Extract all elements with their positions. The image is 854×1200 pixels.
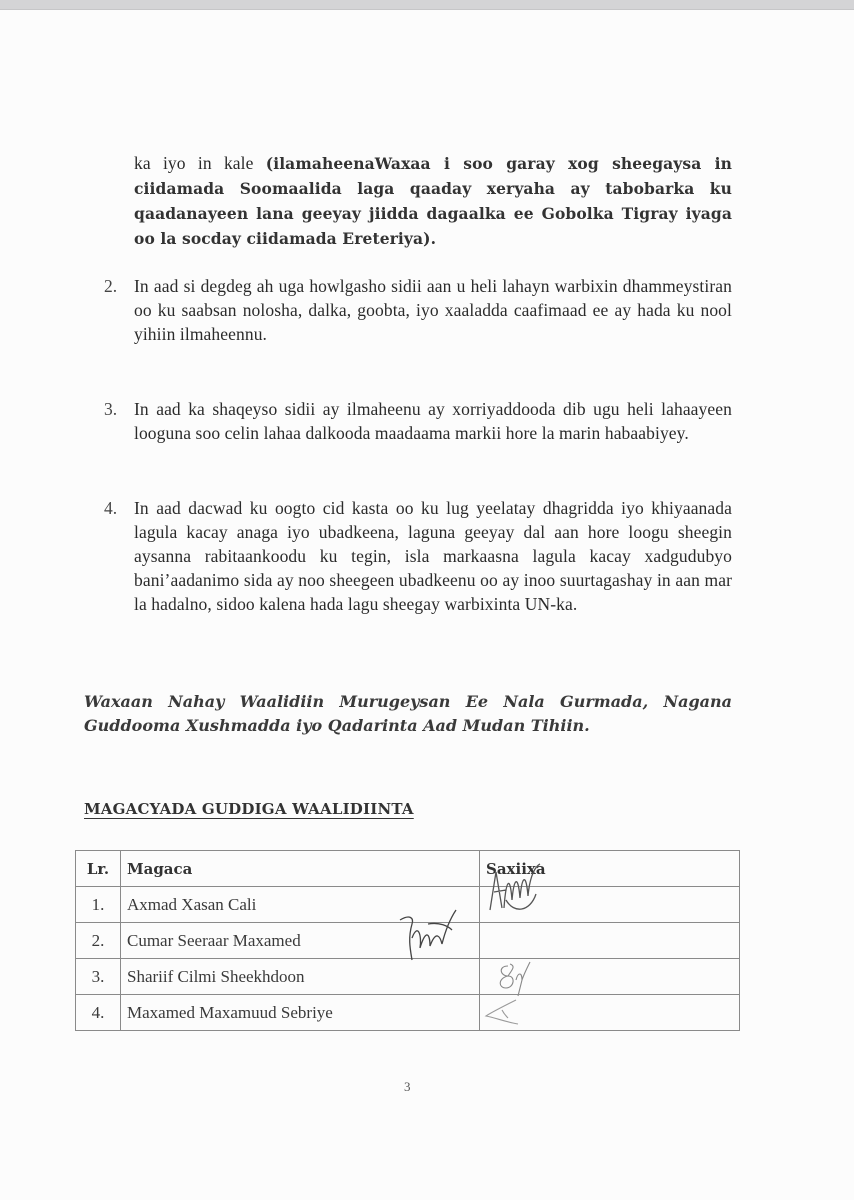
column-header-lr: Lr. [76, 851, 121, 887]
continuation-paragraph: ka iyo in kale (ilamaheenaWaxaa i soo ga… [134, 151, 732, 251]
committee-table: Lr. Magaca Saxiixa 1. Axmad Xasan Cali 2… [75, 850, 740, 1031]
list-item-3: In aad ka shaqeyso sidii ay ilmaheenu ay… [134, 397, 732, 445]
member-name: Axmad Xasan Cali [121, 887, 480, 923]
viewer-top-strip [0, 0, 854, 10]
continuation-plain: ka iyo in kale [134, 153, 266, 173]
table-row: 1. Axmad Xasan Cali [76, 887, 740, 923]
signature-cell [480, 923, 740, 959]
document-page: ka iyo in kale (ilamaheenaWaxaa i soo ga… [0, 10, 854, 1200]
row-number: 4. [76, 995, 121, 1031]
column-header-signature: Saxiixa [480, 851, 740, 887]
list-item-4: In aad dacwad ku oogto cid kasta oo ku l… [134, 496, 732, 616]
item-number-3: 3. [104, 397, 117, 421]
committee-heading: MAGACYADA GUDDIGA WAALIDIINTA [84, 800, 414, 818]
item-number-4: 4. [104, 496, 117, 520]
closing-statement: Waxaan Nahay Waalidiin Murugeysan Ee Nal… [84, 690, 732, 738]
table-row: 3. Shariif Cilmi Sheekhdoon [76, 959, 740, 995]
signature-cell [480, 887, 740, 923]
signature-cell [480, 995, 740, 1031]
member-name: Cumar Seeraar Maxamed [121, 923, 480, 959]
table-row: 2. Cumar Seeraar Maxamed [76, 923, 740, 959]
row-number: 2. [76, 923, 121, 959]
page-number: 3 [404, 1079, 411, 1095]
item-number-2: 2. [104, 274, 117, 298]
row-number: 3. [76, 959, 121, 995]
signature-cell [480, 959, 740, 995]
member-name: Shariif Cilmi Sheekhdoon [121, 959, 480, 995]
member-name: Maxamed Maxamuud Sebriye [121, 995, 480, 1031]
list-item-2: In aad si degdeg ah uga howlgasho sidii … [134, 274, 732, 346]
column-header-name: Magaca [121, 851, 480, 887]
row-number: 1. [76, 887, 121, 923]
table-header-row: Lr. Magaca Saxiixa [76, 851, 740, 887]
table-row: 4. Maxamed Maxamuud Sebriye [76, 995, 740, 1031]
